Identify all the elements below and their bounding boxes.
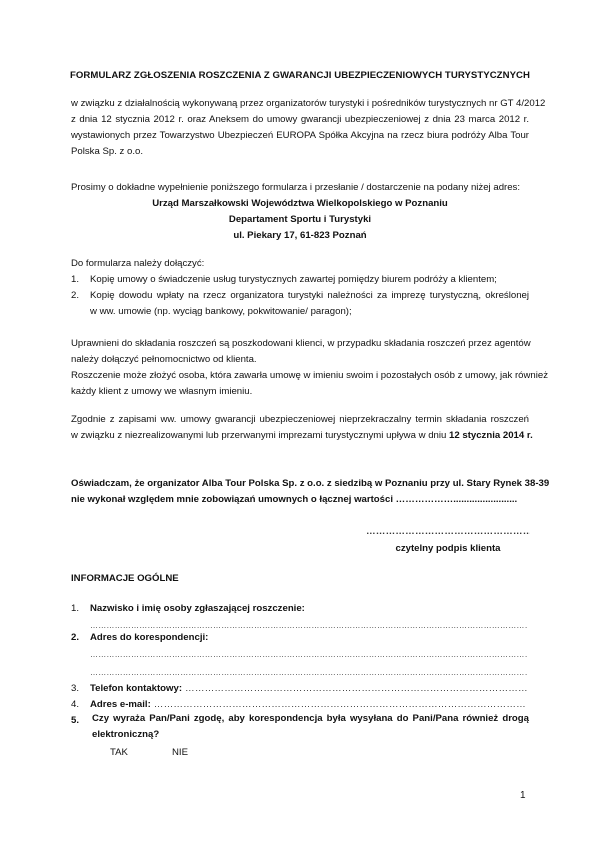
attachments-heading-text: Do formularza należy dołączyć: — [71, 256, 529, 272]
phone-field: Telefon kontaktowy: ……………………………………………………… — [90, 683, 527, 694]
deadline-line: w związku z niezrealizowanymi lub przerw… — [71, 428, 529, 444]
consent-question-line: elektroniczną? — [92, 727, 529, 743]
form-title: FORMULARZ ZGŁOSZENIA ROSZCZENIA Z GWARAN… — [0, 70, 600, 81]
consent-no-option[interactable]: NIE — [172, 747, 188, 758]
attachment-line: Kopię dowodu wpłaty na rzecz organizator… — [90, 288, 529, 304]
eligibility-line: Uprawnieni do składania roszczeń są posz… — [71, 336, 529, 352]
address-line-3: ul. Piekary 17, 61-823 Poznań — [71, 228, 529, 244]
field-number: 4. — [71, 699, 79, 710]
email-field-label: Adres e-mail: — [90, 699, 151, 710]
signature-field[interactable]: …………………………………………… — [366, 526, 530, 537]
deadline-line: Zgodnie z zapisami ww. umowy gwarancji u… — [71, 412, 529, 428]
deadline-date: 12 stycznia 2014 r. — [449, 430, 533, 441]
address-block: Urząd Marszałkowski Województwa Wielkopo… — [71, 196, 529, 244]
attachment-number: 1. — [71, 272, 79, 288]
document-page: FORMULARZ ZGŁOSZENIA ROSZCZENIA Z GWARAN… — [0, 0, 600, 849]
email-field: Adres e-mail: ……………………………………………………………………… — [90, 699, 527, 710]
address-input-line-1[interactable]: …………………………………………………………………………………………………………… — [90, 650, 527, 659]
attachment-line: Kopię umowy o świadczenie usług turystyc… — [90, 272, 529, 288]
page-number: 1 — [520, 790, 526, 801]
declaration-paragraph: Oświadczam, że organizator Alba Tour Pol… — [71, 476, 529, 508]
intro-paragraph: w związku z działalnością wykonywaną prz… — [71, 96, 529, 160]
eligibility-paragraph: Uprawnieni do składania roszczeń są posz… — [71, 336, 529, 400]
eligibility-line: każdy klient z umowy we własnym imieniu. — [71, 384, 529, 400]
consent-yes-option[interactable]: TAK — [110, 747, 128, 758]
address-input-line-2[interactable]: …………………………………………………………………………………………………………… — [90, 668, 527, 677]
email-input[interactable]: …………………………………………………………………………………………………………… — [154, 699, 527, 710]
address-line-1: Urząd Marszałkowski Województwa Wielkopo… — [71, 196, 529, 212]
deadline-paragraph: Zgodnie z zapisami ww. umowy gwarancji u… — [71, 412, 529, 444]
name-field-label: Nazwisko i imię osoby zgłaszającej roszc… — [90, 603, 305, 614]
intro-line: wystawionych przez Towarzystwo Ubezpiecz… — [71, 128, 529, 144]
attachment-number: 2. — [71, 288, 79, 304]
consent-question-line: Czy wyraża Pan/Pani zgodę, aby korespond… — [92, 711, 529, 727]
deadline-text: w związku z niezrealizowanymi lub przerw… — [71, 430, 449, 441]
intro-line: z dnia 12 stycznia 2012 r. oraz Aneksem … — [71, 112, 529, 128]
attachment-item-1: Kopię umowy o świadczenie usług turystyc… — [90, 272, 529, 288]
attachments-heading: Do formularza należy dołączyć: — [71, 256, 529, 272]
signature-label: czytelny podpis klienta — [366, 543, 530, 554]
consent-question: Czy wyraża Pan/Pani zgodę, aby korespond… — [92, 711, 529, 743]
name-input[interactable]: …………………………………………………………………………………………………………… — [90, 621, 527, 630]
field-number: 3. — [71, 683, 79, 694]
phone-field-label: Telefon kontaktowy: — [90, 683, 182, 694]
address-field-label: Adres do korespondencji: — [90, 632, 208, 643]
eligibility-line: Roszczenie może złożyć osoba, która zawa… — [71, 368, 529, 384]
address-line-2: Departament Sportu i Turystyki — [71, 212, 529, 228]
request-text: Prosimy o dokładne wypełnienie poniższeg… — [71, 180, 529, 196]
declaration-line: Oświadczam, że organizator Alba Tour Pol… — [71, 476, 529, 492]
attachment-line: w ww. umowie (np. wyciąg bankowy, pokwit… — [90, 304, 529, 320]
field-number: 2. — [71, 632, 79, 643]
attachment-item-2: Kopię dowodu wpłaty na rzecz organizator… — [90, 288, 529, 320]
eligibility-line: należy dołączyć pełnomocnictwo od klient… — [71, 352, 529, 368]
declaration-amount-field[interactable]: nie wykonał względem mnie zobowiązań umo… — [71, 492, 529, 508]
field-number: 1. — [71, 603, 79, 614]
intro-line: w związku z działalnością wykonywaną prz… — [71, 96, 529, 112]
general-info-heading: INFORMACJE OGÓLNE — [71, 573, 179, 584]
intro-line: Polska Sp. z o.o. — [71, 144, 529, 160]
phone-input[interactable]: …………………………………………………………………………………………………………… — [185, 683, 527, 694]
field-number: 5. — [71, 715, 79, 726]
request-line: Prosimy o dokładne wypełnienie poniższeg… — [71, 180, 529, 196]
